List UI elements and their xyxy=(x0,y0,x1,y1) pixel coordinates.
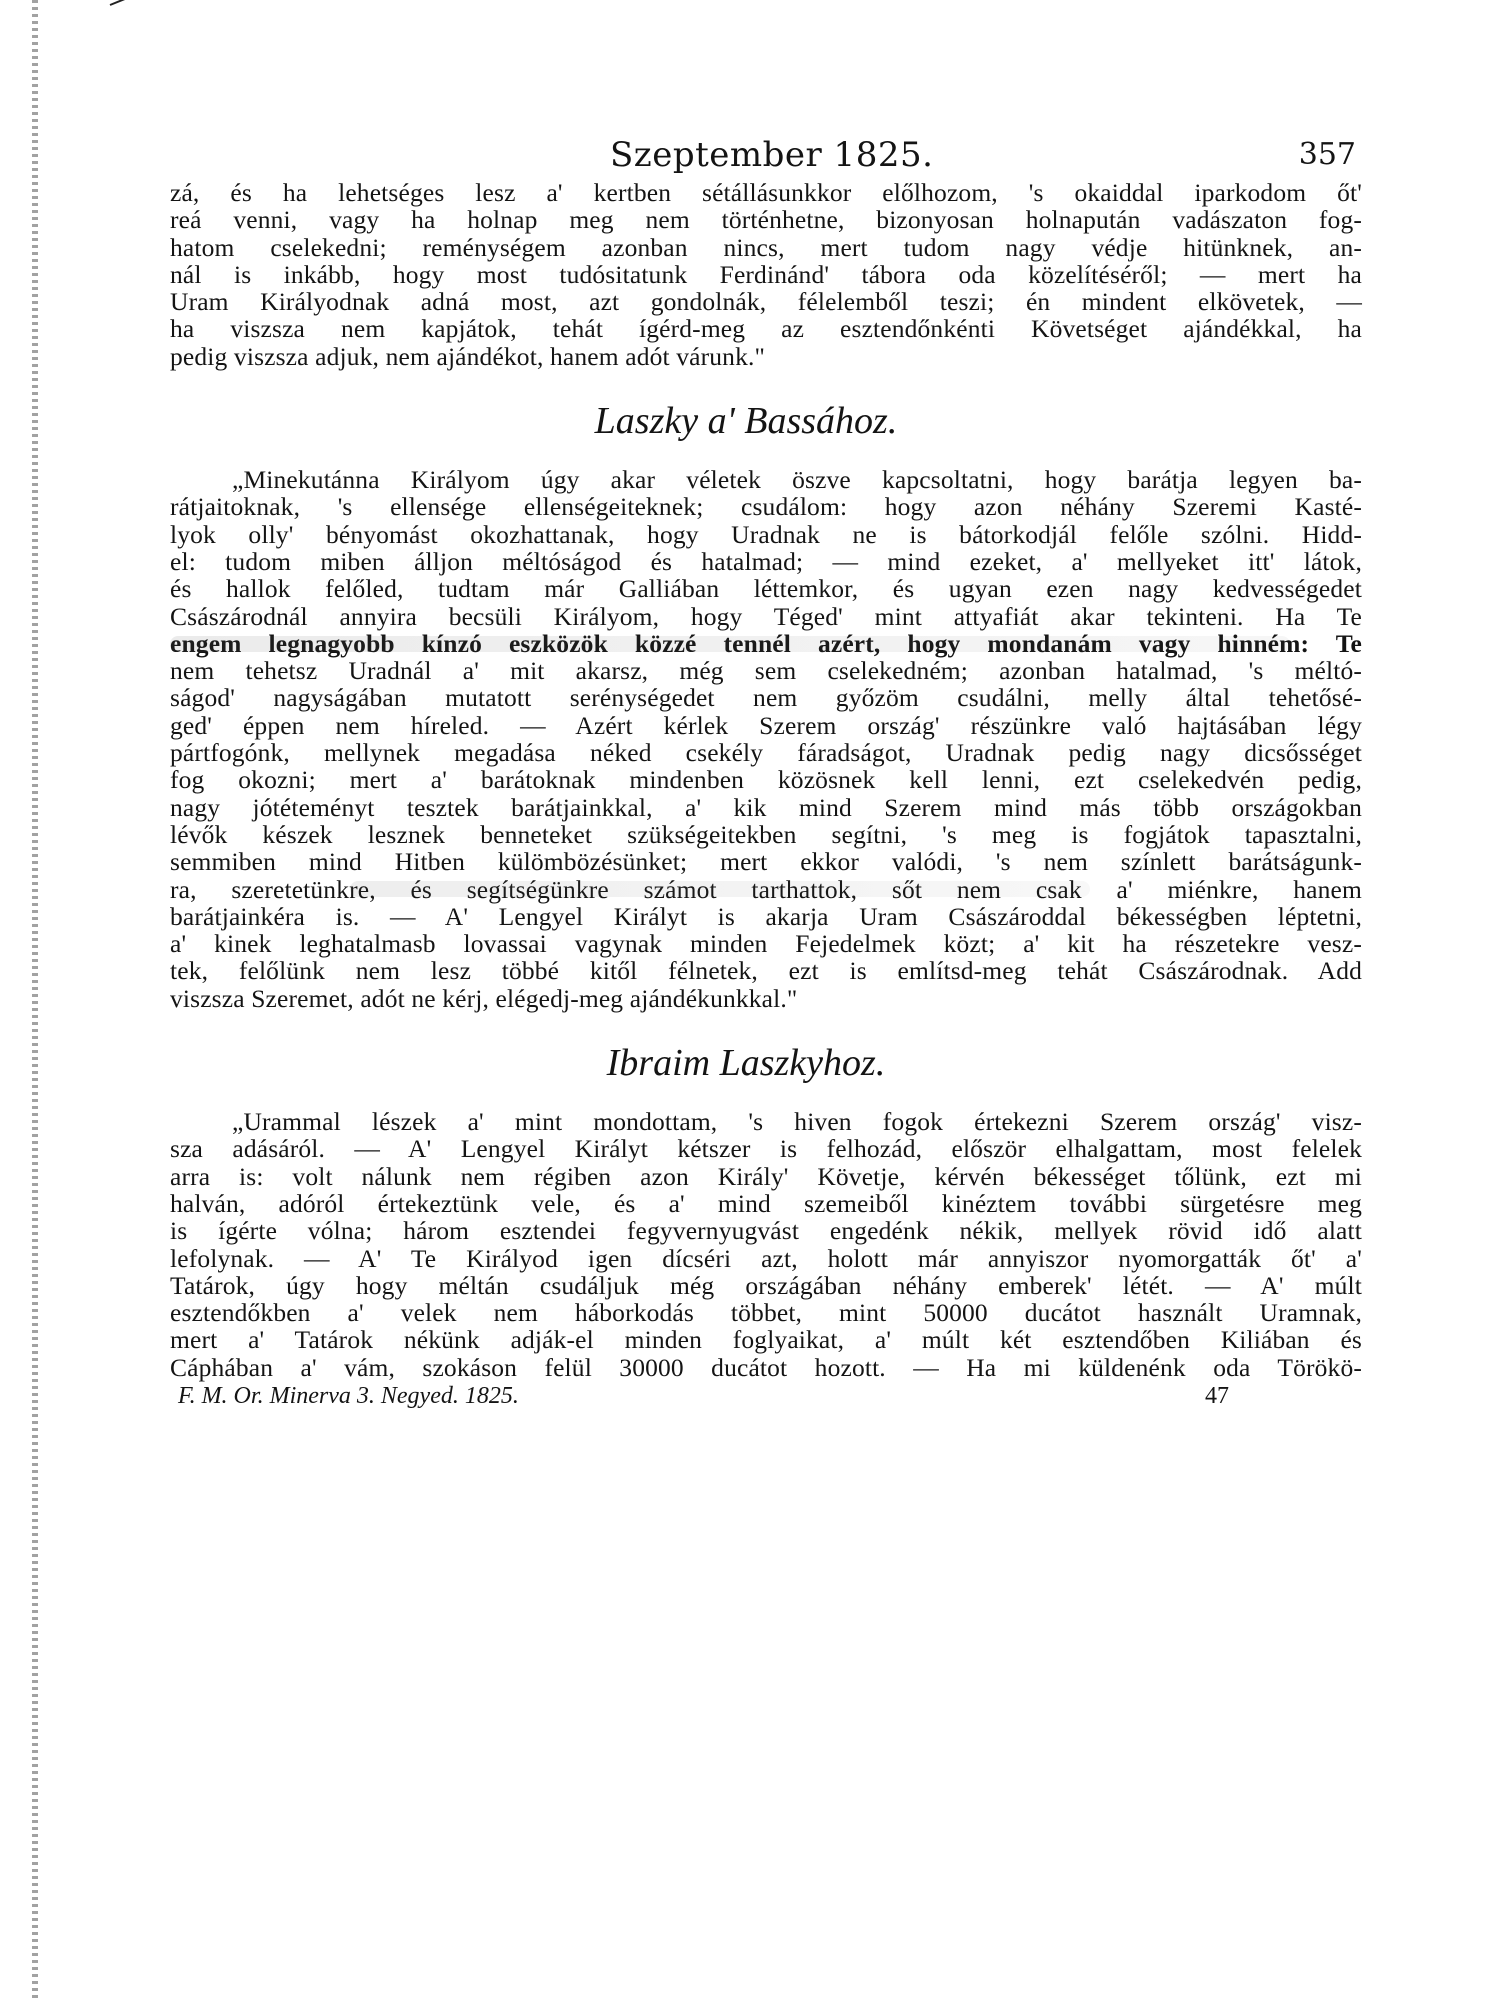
section-heading-laszky: Laszky a' Bassához. xyxy=(170,384,1362,458)
text-line: barátjainkéra is. — A' Lengyel Királyt i… xyxy=(170,903,1362,930)
text-line: is ígérte vólna; három esztendei fegyver… xyxy=(170,1217,1362,1244)
text-line: viszsza Szeremet, adót ne kérj, elégedj-… xyxy=(170,985,1362,1012)
scan-smudge xyxy=(350,881,1090,897)
signature-text: F. M. Or. Minerva 3. Negyed. 1825. xyxy=(178,1383,519,1410)
text-line: Császárodnál annyira becsüli Királyom, h… xyxy=(170,603,1362,630)
text-line: Uram Királyodnak adná most, azt gondolná… xyxy=(170,288,1362,315)
text-line: reá venni, vagy ha holnap meg nem történ… xyxy=(170,206,1362,233)
book-page: Szeptember 1825. 357 zá, és ha lehetsége… xyxy=(170,135,1362,1413)
text-line: ságod' nagyságában mutatott serénységede… xyxy=(170,684,1362,711)
text-line: esztendőkben a' velek nem háborkodás töb… xyxy=(170,1299,1362,1326)
letter-ibraim: „Urammal lészek a' mint mondottam, 's hi… xyxy=(170,1108,1362,1381)
text-line: lyok olly' bényomást okozhattanak, hogy … xyxy=(170,521,1362,548)
text-line: „Minekutánna Királyom úgy akar véletek ö… xyxy=(170,466,1362,493)
text-line: sza adásáról. — A' Lengyel Királyt kétsz… xyxy=(170,1135,1362,1162)
text-line: ha viszsza nem kapjátok, tehát ígérd-meg… xyxy=(170,315,1362,342)
text-line: mert a' Tatárok nékünk adják-el minden f… xyxy=(170,1326,1362,1353)
text-line: fog okozni; mert a' barátoknak mindenben… xyxy=(170,766,1362,793)
text-line: „Urammal lészek a' mint mondottam, 's hi… xyxy=(170,1108,1362,1135)
text-line: pártfogónk, mellynek megadása néked csek… xyxy=(170,739,1362,766)
text-line: semmiben mind Hitben külömbözésünket; me… xyxy=(170,848,1362,875)
text-line: lévők készek lesznek benneteket szüksége… xyxy=(170,821,1362,848)
text-line: a' kinek leghatalmasb lovassai vagynak m… xyxy=(170,930,1362,957)
text-line: hatom cselekedni; reménységem azonban ni… xyxy=(170,234,1362,261)
text-line: tek, felőlünk nem lesz többé kitől félne… xyxy=(170,957,1362,984)
scan-edge-shadow xyxy=(32,0,38,2000)
section-heading-ibraim: Ibraim Laszkyhoz. xyxy=(170,1026,1362,1100)
text-line: és hallok felőled, tudtam már Galliában … xyxy=(170,575,1362,602)
running-title: Szeptember 1825. xyxy=(610,135,933,175)
text-line: zá, és ha lehetséges lesz a' kertben sét… xyxy=(170,179,1362,206)
scan-smudge xyxy=(170,636,1290,652)
text-line: Tatárok, úgy hogy méltán csudáljuk még o… xyxy=(170,1272,1362,1299)
text-line: el: tudom miben álljon méltóságod és hat… xyxy=(170,548,1362,575)
text-line: nál is inkább, hogy most tudósitatunk Fe… xyxy=(170,261,1362,288)
text-line: pedig viszsza adjuk, nem ajándékot, hane… xyxy=(170,343,1362,370)
signature-mark: 47 xyxy=(1205,1383,1229,1410)
text-line: halván, adóról értekeztünk vele, és a' m… xyxy=(170,1190,1362,1217)
text-line: ged' éppen nem híreled. — Azért kérlek S… xyxy=(170,712,1362,739)
scan-corner-mark xyxy=(110,0,157,6)
text-line: Cáphában a' vám, szokáson felül 30000 du… xyxy=(170,1354,1362,1381)
page-number: 357 xyxy=(1299,137,1356,172)
printer-signature-line: F. M. Or. Minerva 3. Negyed. 1825. 47 xyxy=(170,1383,1362,1413)
text-line: arra is: volt nálunk nem régiben azon Ki… xyxy=(170,1163,1362,1190)
paragraph-continued: zá, és ha lehetséges lesz a' kertben sét… xyxy=(170,179,1362,370)
text-line: lefolynak. — A' Te Királyod igen dícséri… xyxy=(170,1245,1362,1272)
letter-laszky: „Minekutánna Királyom úgy akar véletek ö… xyxy=(170,466,1362,1012)
text-line: rátjaitoknak, 's ellensége ellenségeitek… xyxy=(170,493,1362,520)
running-head: Szeptember 1825. 357 xyxy=(170,135,1362,179)
text-line: nagy jótéteményt tesztek barátjainkkal, … xyxy=(170,794,1362,821)
text-line: nem tehetsz Uradnál a' mit akarsz, még s… xyxy=(170,657,1362,684)
